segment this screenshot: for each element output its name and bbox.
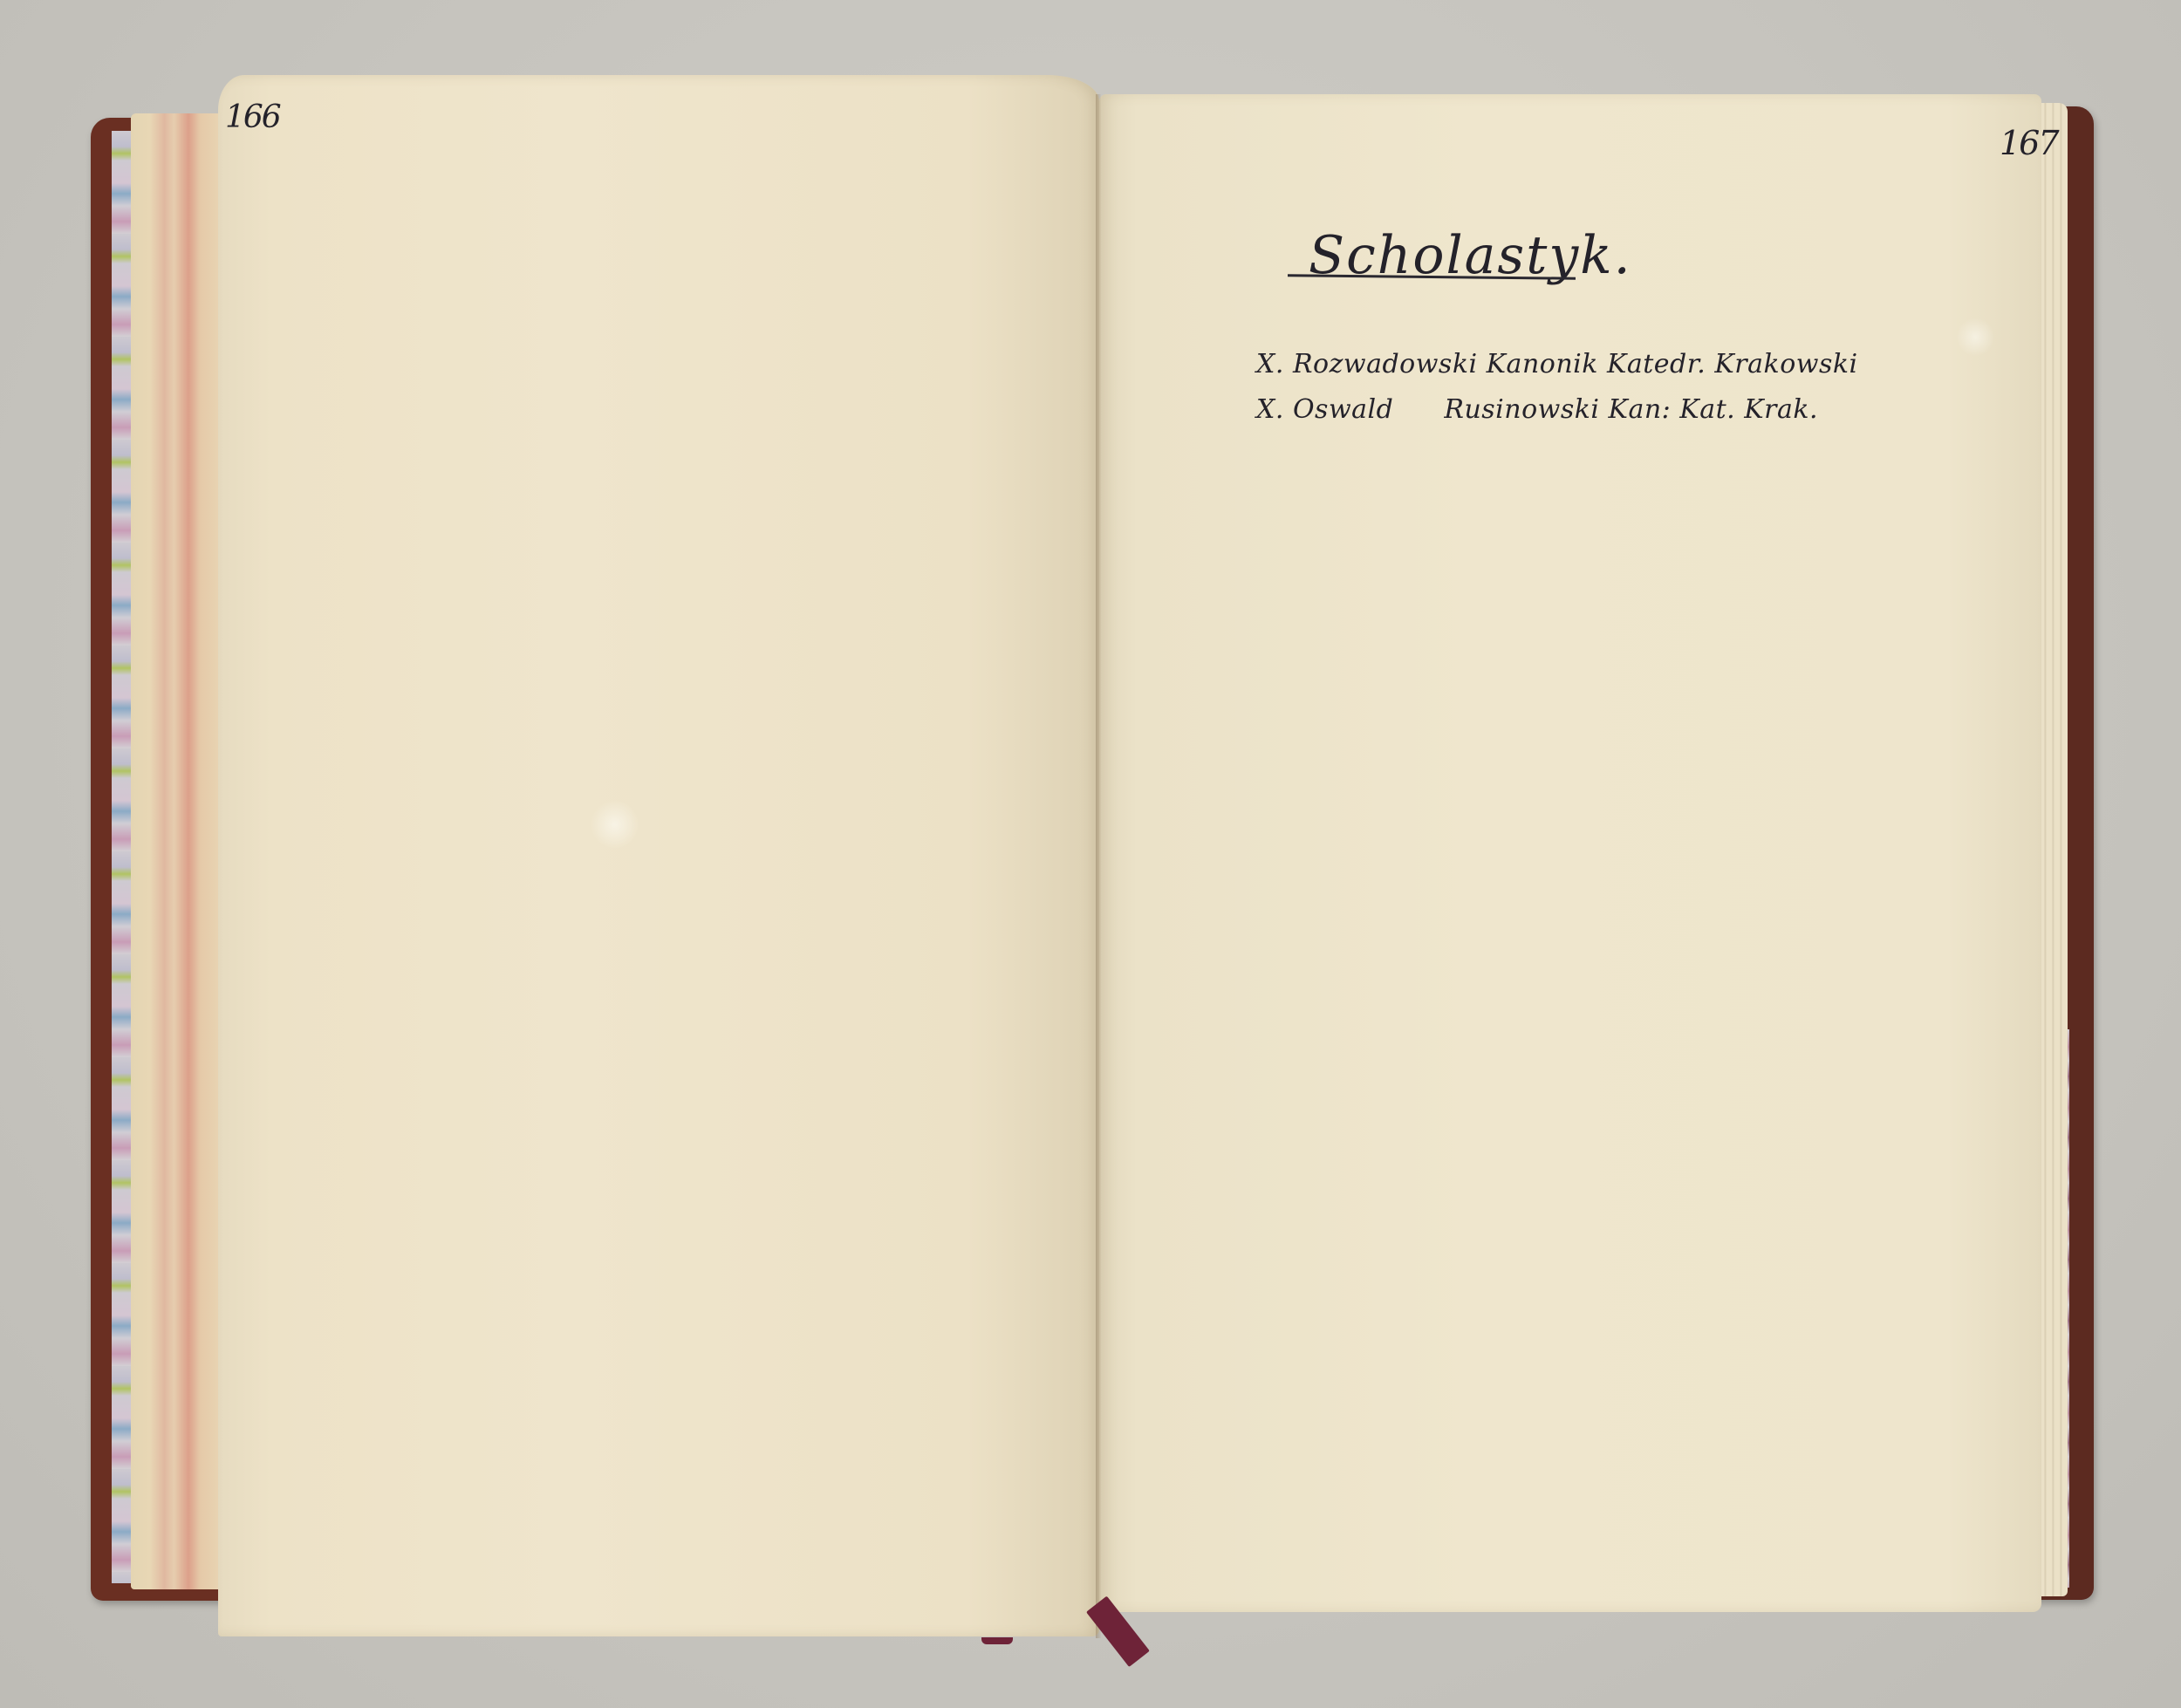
entry-description: Kan: Kat. Krak. — [1609, 394, 1819, 425]
entry-line: X. Rozwadowski Kanonik Katedr. Krakowski — [1256, 349, 1858, 379]
entry-name: Rozwadowski — [1293, 349, 1478, 379]
entry-name: Rusinowski — [1444, 394, 1599, 425]
entry-prefix: X. — [1256, 349, 1284, 379]
right-page — [1099, 94, 2041, 1612]
left-page-edges — [131, 113, 227, 1589]
ribbon-bookmark-stub — [981, 1637, 1013, 1644]
entry-prefix: X. — [1256, 394, 1284, 425]
entry-first-name: Oswald — [1293, 394, 1393, 425]
entry-description: Kanonik Katedr. Krakowski — [1487, 349, 1858, 379]
entry-line: X. Oswald Rusinowski Kan: Kat. Krak. — [1256, 394, 1818, 425]
book-gutter — [1096, 94, 1101, 1638]
page-number-right: 167 — [2000, 124, 2058, 162]
page-number-left: 166 — [225, 99, 280, 135]
left-page — [218, 75, 1099, 1636]
